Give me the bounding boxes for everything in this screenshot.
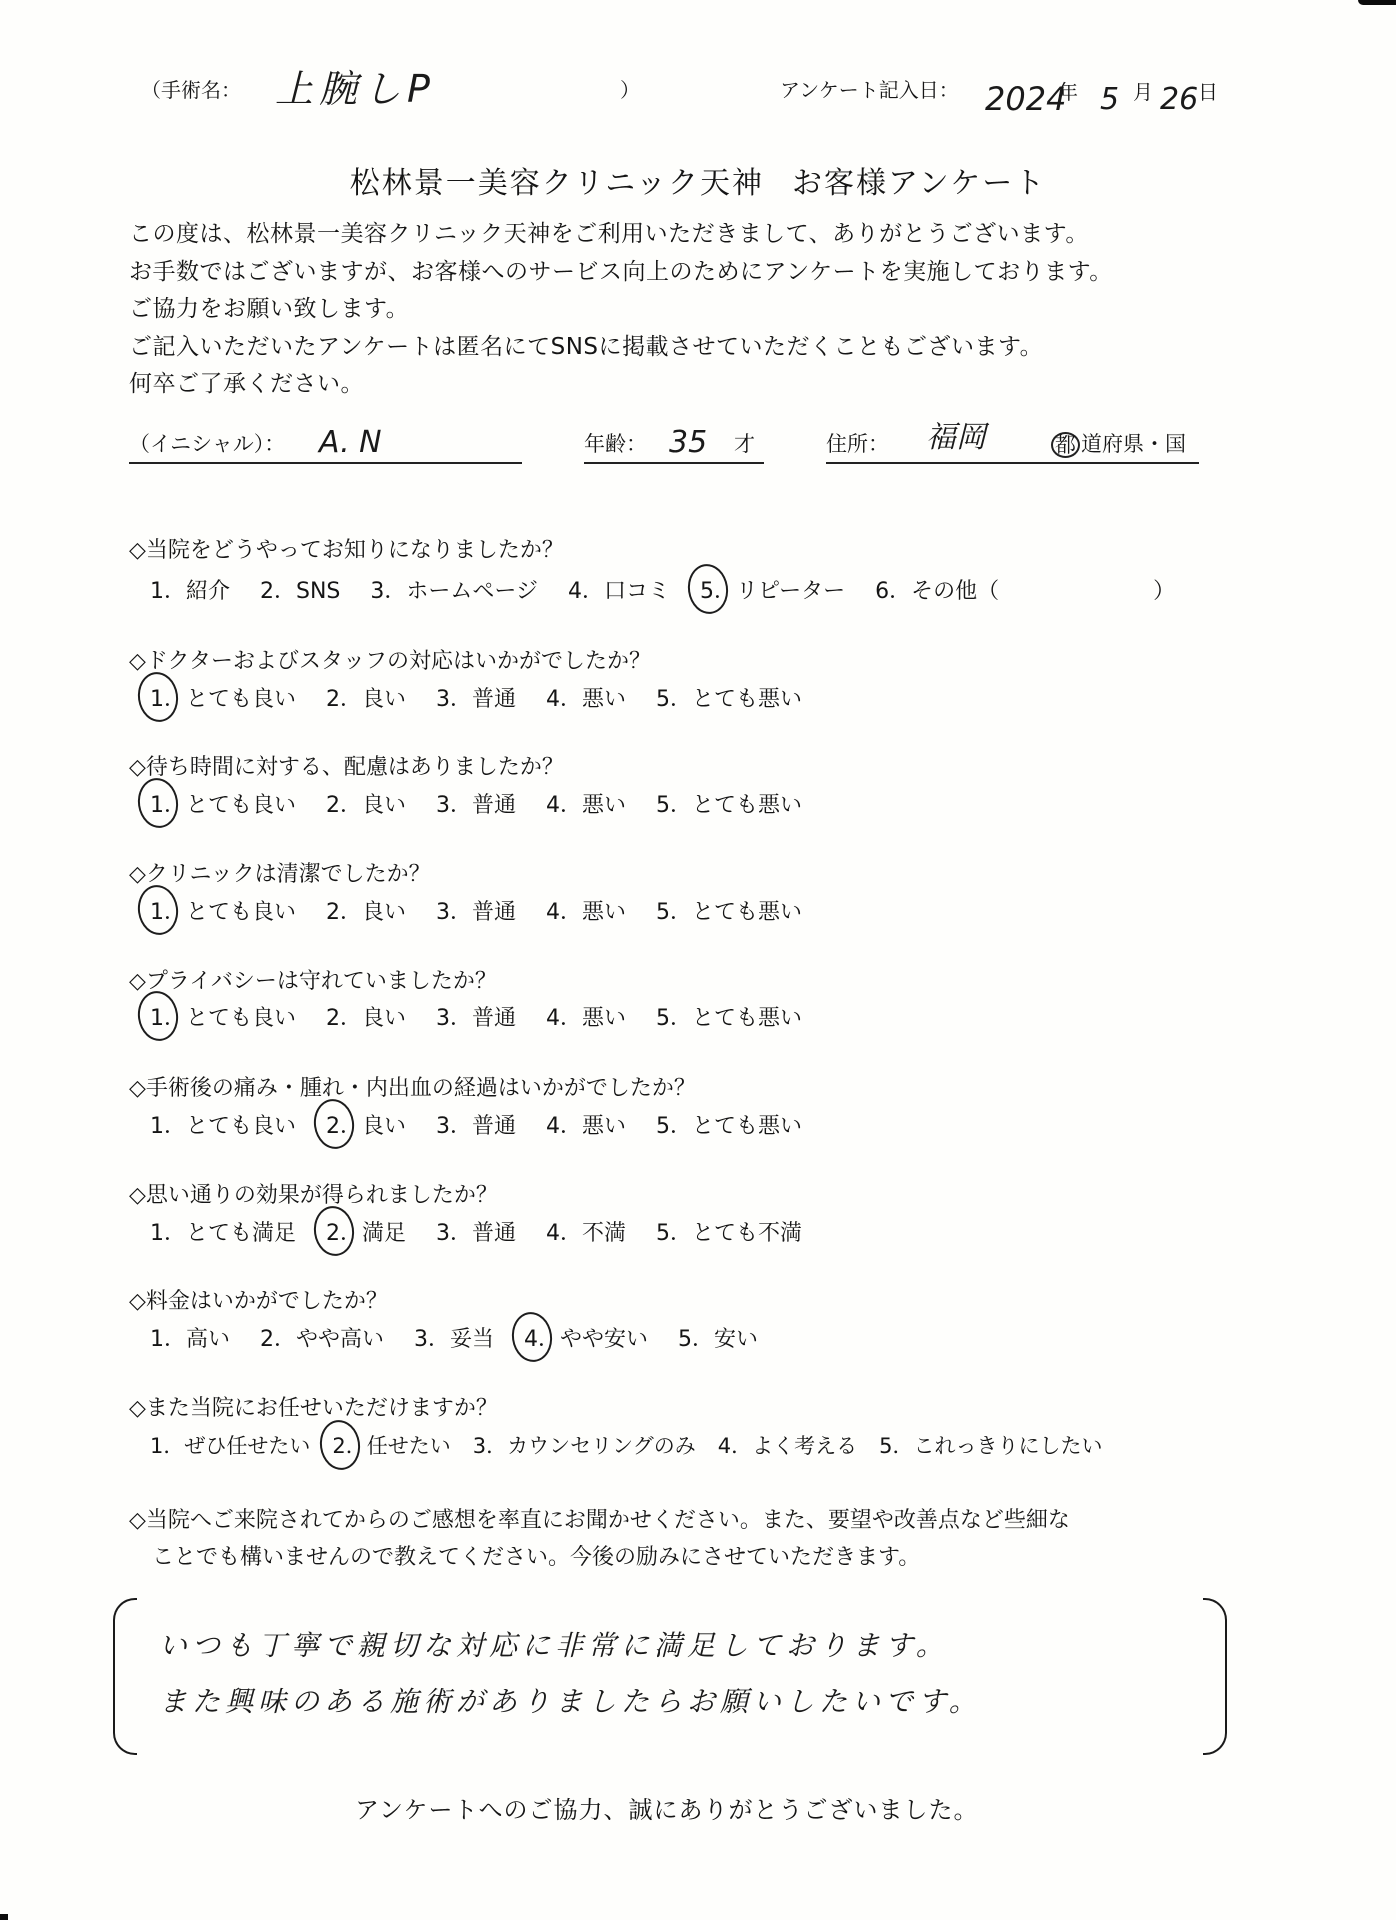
option-5[interactable]: 5．とても悪い [656, 895, 802, 926]
question-return: ◇また当院にお任せいただけますか？ [129, 1391, 498, 1422]
option-2[interactable]: 2．良い [326, 895, 406, 926]
option-3[interactable]: 3．カウンセリングのみ [473, 1430, 696, 1460]
option-5[interactable]: 5．安い [678, 1322, 758, 1353]
option-4[interactable]: 4．よく考える [718, 1430, 857, 1460]
surgery-name-label: （手術名： [141, 74, 241, 103]
thank-you-footer: アンケートへのご協力、誠にありがとうございました。 [355, 1790, 979, 1825]
intro-line: お手数ではございますが、お客様へのサービス向上のためにアンケートを実施しておりま… [129, 253, 1113, 286]
comment-text: いつも丁寧で親切な対応に非常に満足しております。 [159, 1624, 949, 1664]
respondent-info: （イニシャル）： A. N 年齢： 35 才 住所： 福岡 都 道府県・国 [129, 424, 1199, 464]
question-staff: ◇ドクターおよびスタッフの対応はいかがでしたか？ [129, 644, 651, 675]
question-cleanliness: ◇クリニックは清潔でしたか？ [129, 857, 431, 888]
option-referral[interactable]: 1．紹介 [150, 574, 230, 605]
option-3[interactable]: 3．普通 [436, 1216, 516, 1247]
options-cleanliness: 1．とても良い2．良い3．普通4．悪い5．とても悪い [150, 895, 832, 926]
survey-date-label: アンケート記入日： [780, 74, 959, 103]
option-1[interactable]: 1．とても良い [150, 1109, 296, 1140]
question-source: ◇当院をどうやってお知りになりましたか？ [129, 533, 564, 564]
option-5[interactable]: 5．とても悪い [656, 1001, 802, 1032]
survey-date-year[interactable]: 2024 [985, 80, 1066, 118]
age-value: 35 [669, 425, 707, 460]
question-wait-time: ◇待ち時間に対する、配慮はありましたか？ [129, 750, 564, 781]
page-title: 松林景一美容クリニック天神お客様アンケート [0, 158, 1396, 202]
date-year-unit: 年 [1058, 76, 1078, 105]
option-5[interactable]: 5．これっきりにしたい [879, 1430, 1102, 1460]
options-results: 1．とても満足2．満足3．普通4．不満5．とても不満 [150, 1216, 832, 1247]
bracket-right [1203, 1598, 1227, 1755]
options-staff: 1．とても良い2．良い3．普通4．悪い5．とても悪い [150, 682, 832, 713]
scan-edge-mark [0, 1914, 8, 1920]
options-privacy: 1．とても良い2．良い3．普通4．悪い5．とても悪い [150, 1001, 832, 1032]
option-1-selected[interactable]: 1．とても良い [150, 682, 296, 713]
address-value: 福岡 [926, 412, 986, 456]
option-1-selected[interactable]: 1．とても良い [150, 895, 296, 926]
address-unit-selected: 都 [1051, 432, 1080, 458]
option-2-selected[interactable]: 2．良い [326, 1109, 406, 1140]
option-5[interactable]: 5．とても悪い [656, 682, 802, 713]
option-2[interactable]: 2．良い [326, 788, 406, 819]
address-label: 住所： [826, 428, 889, 458]
intro-line: この度は、松林景一美容クリニック天神をご利用いただきまして、ありがとうございます… [129, 215, 1089, 248]
option-3[interactable]: 3．妥当 [414, 1322, 494, 1353]
option-1[interactable]: 1．ぜひ任せたい [150, 1430, 310, 1460]
options-wait-time: 1．とても良い2．良い3．普通4．悪い5．とても悪い [150, 788, 832, 819]
option-2-selected[interactable]: 2．満足 [326, 1216, 406, 1247]
option-4[interactable]: 4．悪い [546, 788, 626, 819]
options-price: 1．高い2．やや高い3．妥当4．やや安い5．安い [150, 1322, 788, 1353]
option-4[interactable]: 4．悪い [546, 1109, 626, 1140]
date-month-unit: 月 [1133, 76, 1153, 105]
address-unit-options: 道府県・国 [1081, 428, 1186, 458]
question-price: ◇料金はいかがでしたか？ [129, 1284, 388, 1315]
question-results: ◇思い通りの効果が得られましたか？ [129, 1178, 498, 1209]
options-return: 1．ぜひ任せたい2．任せたい3．カウンセリングのみ4．よく考える5．これっきりに… [150, 1430, 1132, 1460]
option-3[interactable]: 3．普通 [436, 1109, 516, 1140]
option-4[interactable]: 4．悪い [546, 682, 626, 713]
option-1[interactable]: 1．高い [150, 1322, 230, 1353]
initial-field[interactable]: （イニシャル）： A. N [129, 422, 522, 464]
surgery-name-close: ） [620, 74, 640, 103]
comment-text: また興味のある施術がありましたらお願いしたいです。 [159, 1680, 982, 1720]
option-3[interactable]: 3．普通 [436, 788, 516, 819]
age-field[interactable]: 年齢： 35 才 [584, 422, 764, 464]
survey-title: お客様アンケート [792, 166, 1046, 201]
bracket-left [113, 1598, 137, 1755]
option-2[interactable]: 2．良い [326, 1001, 406, 1032]
option-5[interactable]: 5．とても悪い [656, 1109, 802, 1140]
option-word-of-mouth[interactable]: 4．口コミ [568, 574, 670, 605]
scan-edge-mark [1358, 0, 1396, 5]
option-4-selected[interactable]: 4．やや安い [524, 1322, 648, 1353]
option-homepage[interactable]: 3．ホームページ [370, 574, 538, 605]
option-2[interactable]: 2．やや高い [260, 1322, 384, 1353]
option-sns[interactable]: 2．SNS [260, 574, 340, 605]
option-repeater-selected[interactable]: 5．リピーター [700, 574, 845, 605]
option-1-selected[interactable]: 1．とても良い [150, 1001, 296, 1032]
comment-prompt-line-2: ことでも構いませんので教えてください。今後の励みにさせていただきます。 [152, 1540, 920, 1571]
initial-value: A. N [319, 425, 382, 460]
address-field[interactable]: 住所： 福岡 都 道府県・国 [826, 422, 1199, 464]
option-other[interactable]: 6．その他（ ） [875, 574, 1175, 605]
option-3[interactable]: 3．普通 [436, 1001, 516, 1032]
clinic-name: 松林景一美容クリニック天神 [350, 166, 764, 201]
option-3[interactable]: 3．普通 [436, 895, 516, 926]
option-4[interactable]: 4．悪い [546, 1001, 626, 1032]
option-1[interactable]: 1．とても満足 [150, 1216, 296, 1247]
option-2-selected[interactable]: 2．任せたい [332, 1430, 450, 1460]
options-recovery: 1．とても良い2．良い3．普通4．悪い5．とても悪い [150, 1109, 832, 1140]
age-unit: 才 [734, 428, 755, 458]
option-2[interactable]: 2．良い [326, 682, 406, 713]
surgery-name-value[interactable]: 上腕しP [275, 58, 436, 113]
date-day-unit: 日 [1198, 76, 1218, 105]
option-1-selected[interactable]: 1．とても良い [150, 788, 296, 819]
comment-prompt: ◇当院へご来院されてからのご感想を率直にお聞かせください。また、要望や改善点など… [129, 1503, 1070, 1534]
option-4[interactable]: 4．悪い [546, 895, 626, 926]
option-5[interactable]: 5．とても不満 [656, 1216, 802, 1247]
intro-line: 何卒ご了承ください。 [129, 365, 364, 398]
survey-date-day[interactable]: 26 [1160, 82, 1198, 117]
option-3[interactable]: 3．普通 [436, 682, 516, 713]
intro-line: ご協力をお願い致します。 [129, 290, 409, 323]
options-source: 1．紹介2．SNS3．ホームページ4．口コミ5．リピーター6．その他（ ） [150, 574, 1205, 605]
question-recovery: ◇手術後の痛み・腫れ・内出血の経過はいかがでしたか？ [129, 1071, 696, 1102]
age-label: 年齢： [584, 428, 647, 458]
question-privacy: ◇プライバシーは守れていましたか？ [129, 964, 497, 995]
intro-line: ご記入いただいたアンケートは匿名にてSNSに掲載させていただくこともございます。 [129, 328, 1043, 361]
survey-date-month[interactable]: 5 [1100, 82, 1119, 117]
initial-label: （イニシャル）： [129, 428, 285, 458]
comment-box[interactable]: いつも丁寧で親切な対応に非常に満足しております。 また興味のある施術がありました… [113, 1598, 1227, 1751]
option-4[interactable]: 4．不満 [546, 1216, 626, 1247]
option-5[interactable]: 5．とても悪い [656, 788, 802, 819]
